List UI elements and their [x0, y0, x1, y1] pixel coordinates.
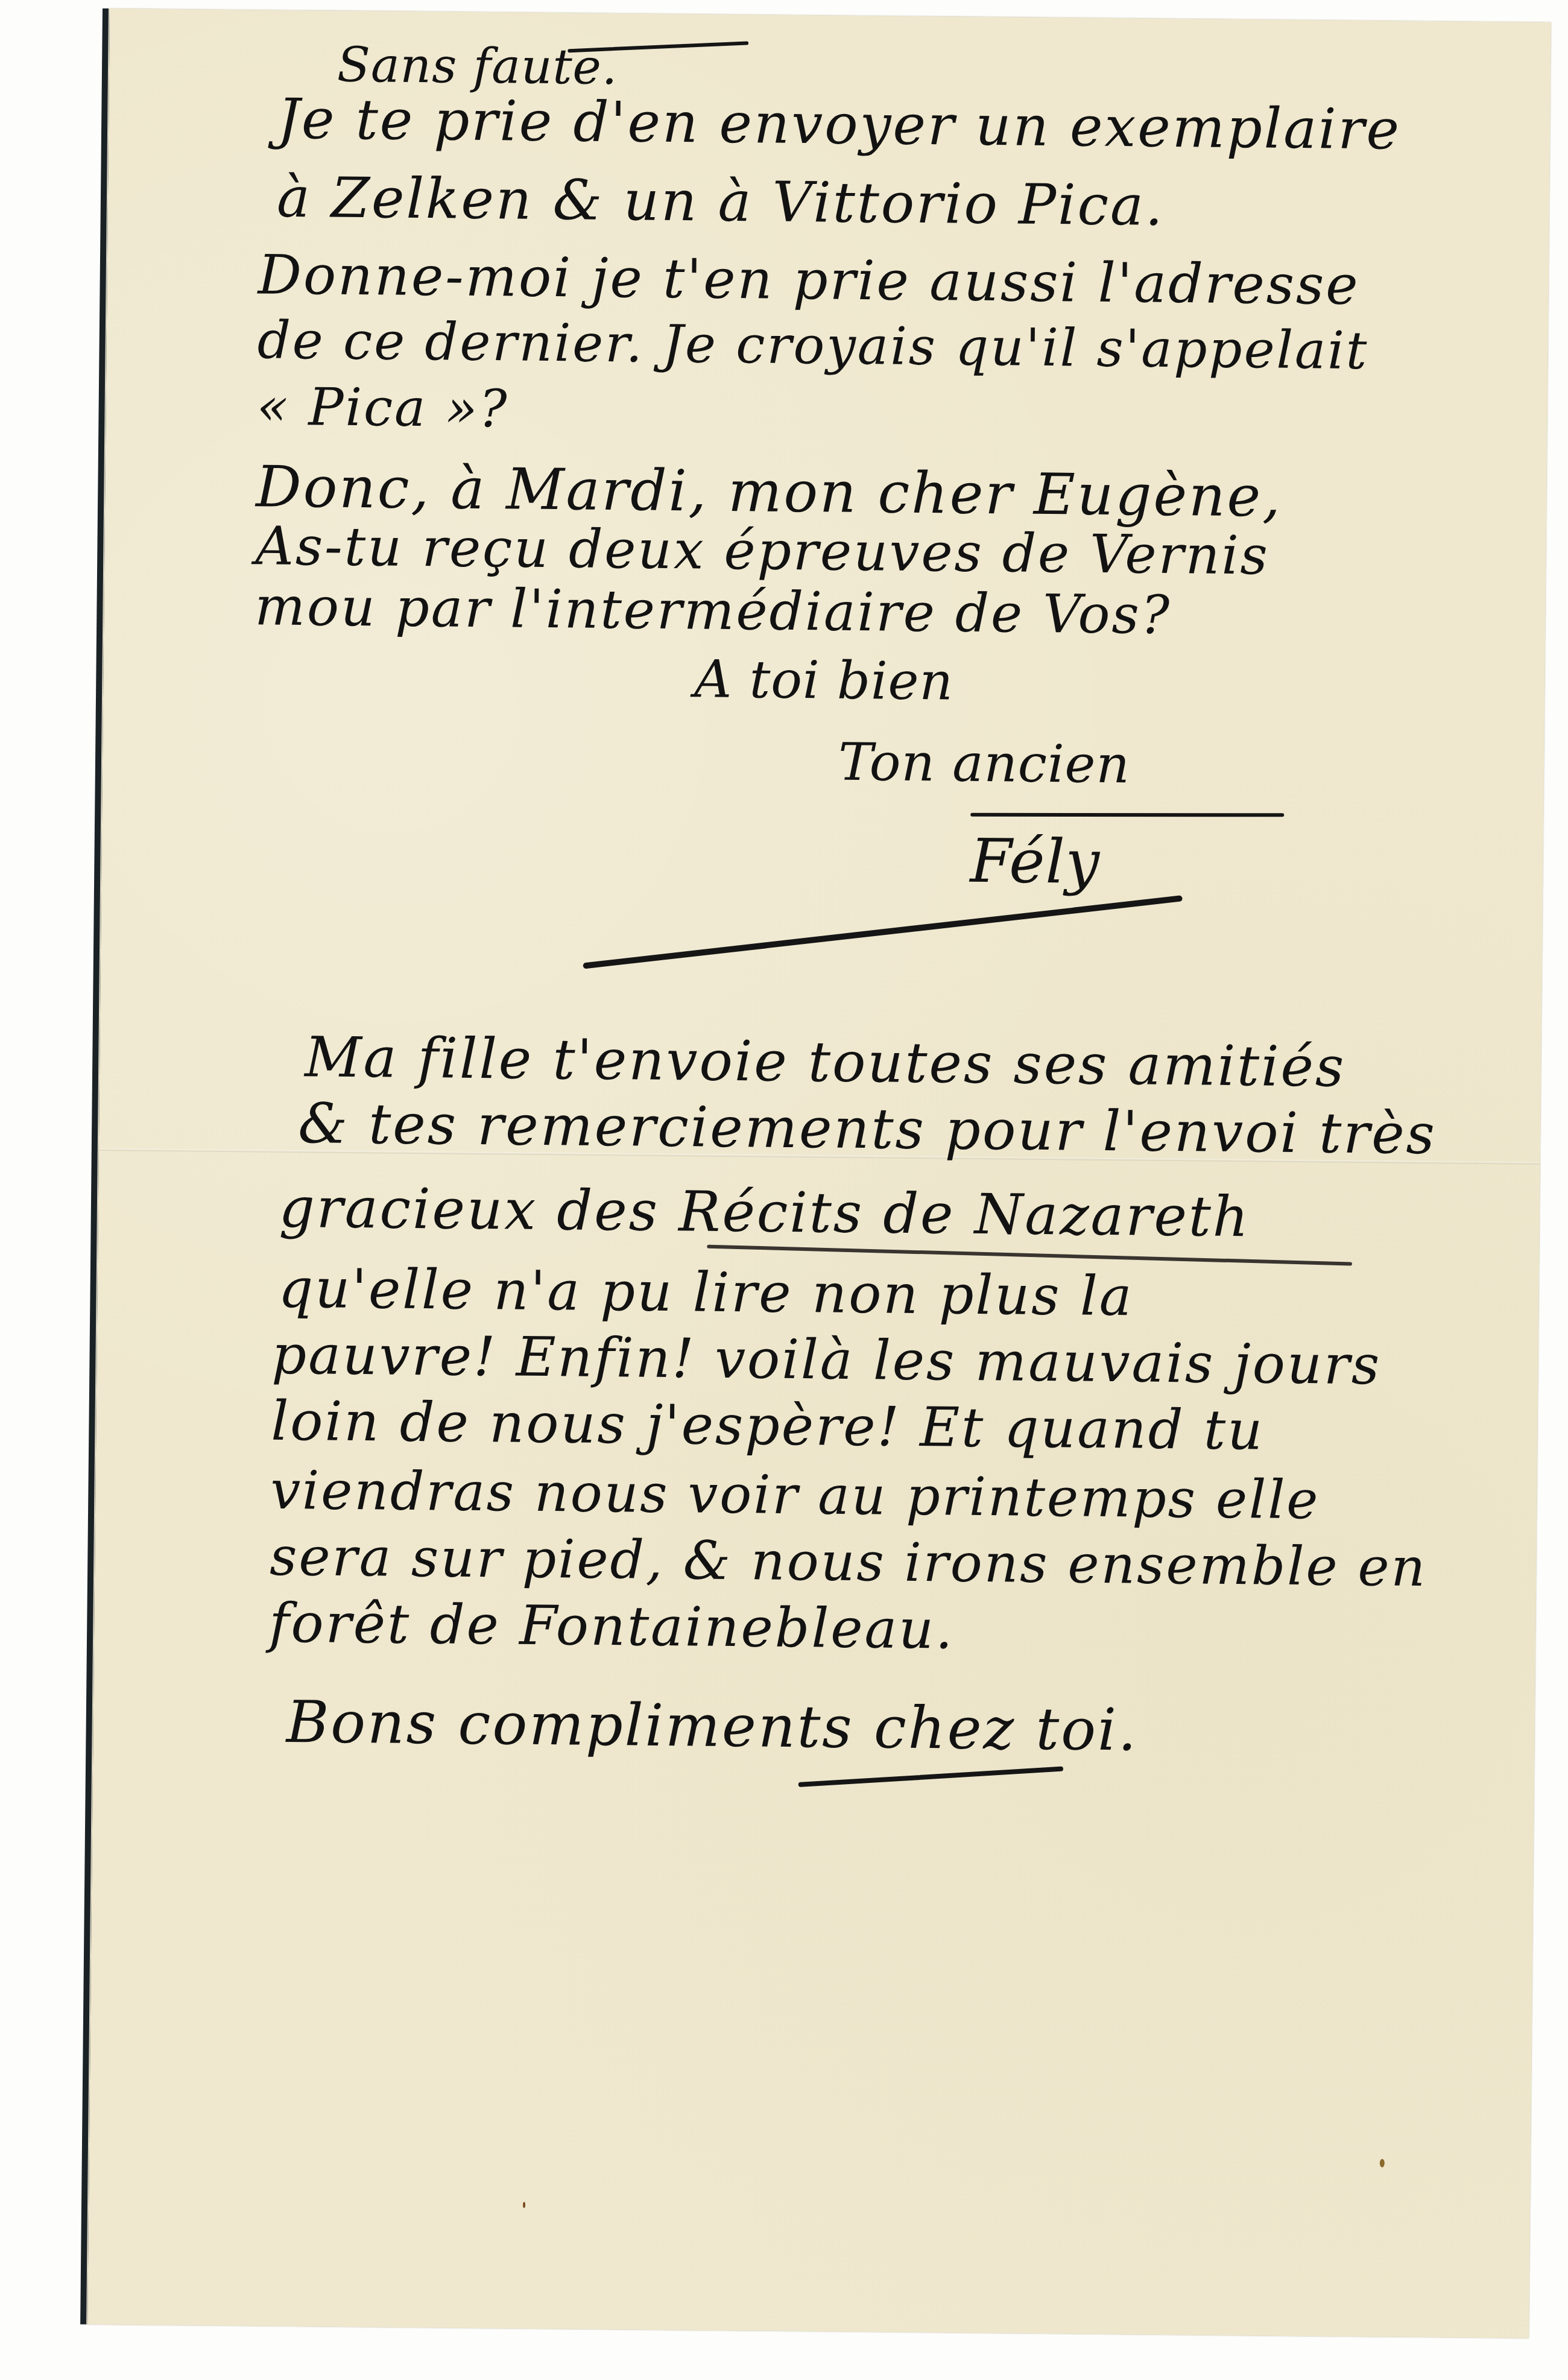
postscript-line-5: pauvre! Enfin! voilà les mauvais jours	[271, 1328, 1381, 1393]
postscript-line-8: sera sur pied, & nous irons ensemble en	[270, 1530, 1427, 1594]
signature: Fély	[970, 831, 1101, 893]
postscript-line-4: qu'elle n'a pu lire non plus la	[278, 1262, 1134, 1325]
signature-overline	[970, 813, 1284, 817]
body-line-3: Donne-moi je t'en prie aussi l'adresse	[258, 248, 1360, 313]
postscript-line-2: & tes remerciements pour l'envoi très	[298, 1096, 1437, 1162]
body-line-8: mou par l'intermédiaire de Vos?	[254, 580, 1171, 642]
body-line-1: Je te prie d'en envoyer un exemplaire	[277, 92, 1402, 158]
postscript-line-9: forêt de Fontainebleau.	[269, 1597, 955, 1657]
final-flourish	[798, 1767, 1064, 1787]
letter-sheet: Sans faute. Je te prie d'en envoyer un e…	[87, 8, 1551, 2338]
postscript-line-7: viendras nous voir au printemps elle	[270, 1464, 1320, 1527]
postscript-line-1: Ma fille t'envoie toutes ses amitiés	[305, 1030, 1346, 1095]
body-line-5: « Pica »?	[256, 381, 509, 435]
signature-underline-stroke	[583, 895, 1183, 969]
paper-spot	[523, 2202, 525, 2208]
body-line-2: à Zelken & un à Vittorio Pica.	[277, 170, 1165, 234]
body-line-4: de ce dernier. Je croyais qu'il s'appela…	[257, 314, 1369, 377]
closing-line-1: A toi bien	[694, 653, 953, 707]
postscript-line-6: loin de nous j'espère! Et quand tu	[271, 1394, 1265, 1458]
body-line-7: As-tu reçu deux épreuves de Vernis	[255, 519, 1269, 582]
paper-spot	[1380, 2159, 1385, 2167]
postscript-line-3: gracieux des Récits de Nazareth	[279, 1180, 1250, 1245]
final-compliments: Bons compliments chez toi.	[286, 1693, 1138, 1759]
closing-line-2: Ton ancien	[838, 736, 1131, 791]
